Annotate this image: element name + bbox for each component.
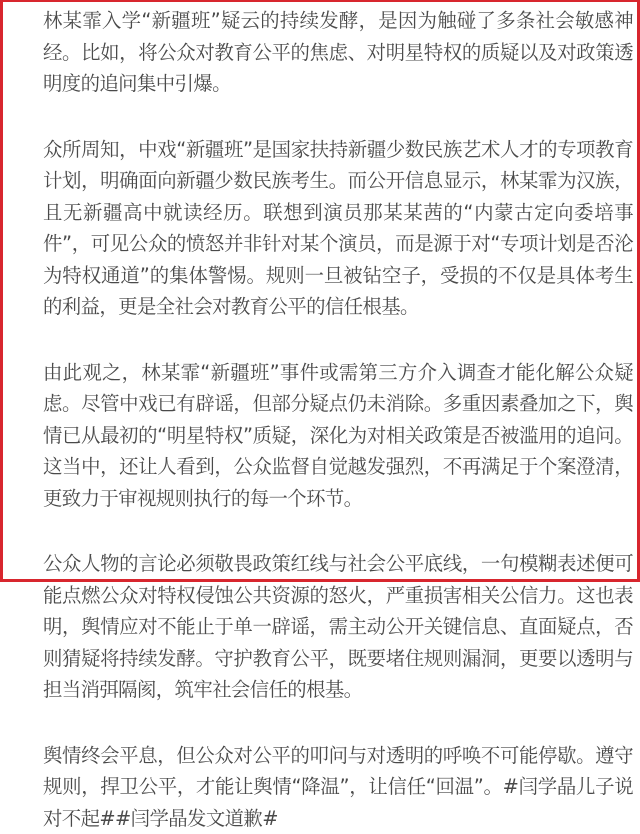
paragraph-1: 林某霏入学“新疆班”疑云的持续发酵，是因为触碰了多条社会敏感神经。比如，将公众对… (43, 5, 633, 100)
article-frame: 林某霏入学“新疆班”疑云的持续发酵，是因为触碰了多条社会敏感神经。比如，将公众对… (0, 0, 640, 582)
paragraph-3: 由此观之，林某霏“新疆班”事件或需第三方介入调查才能化解公众疑虑。尽管中戏已有辟… (43, 357, 633, 515)
paragraph-4: 公众人物的言论必须敬畏政策红线与社会公平底线，一句模糊表述便可能点燃公众对特权侵… (43, 548, 633, 582)
article-body: 林某霏入学“新疆班”疑云的持续发酵，是因为触碰了多条社会敏感神经。比如，将公众对… (43, 5, 633, 582)
paragraph-2: 众所周知，中戏“新疆班”是国家扶持新疆少数民族艺术人才的专项教育计划，明确面向新… (43, 134, 633, 323)
